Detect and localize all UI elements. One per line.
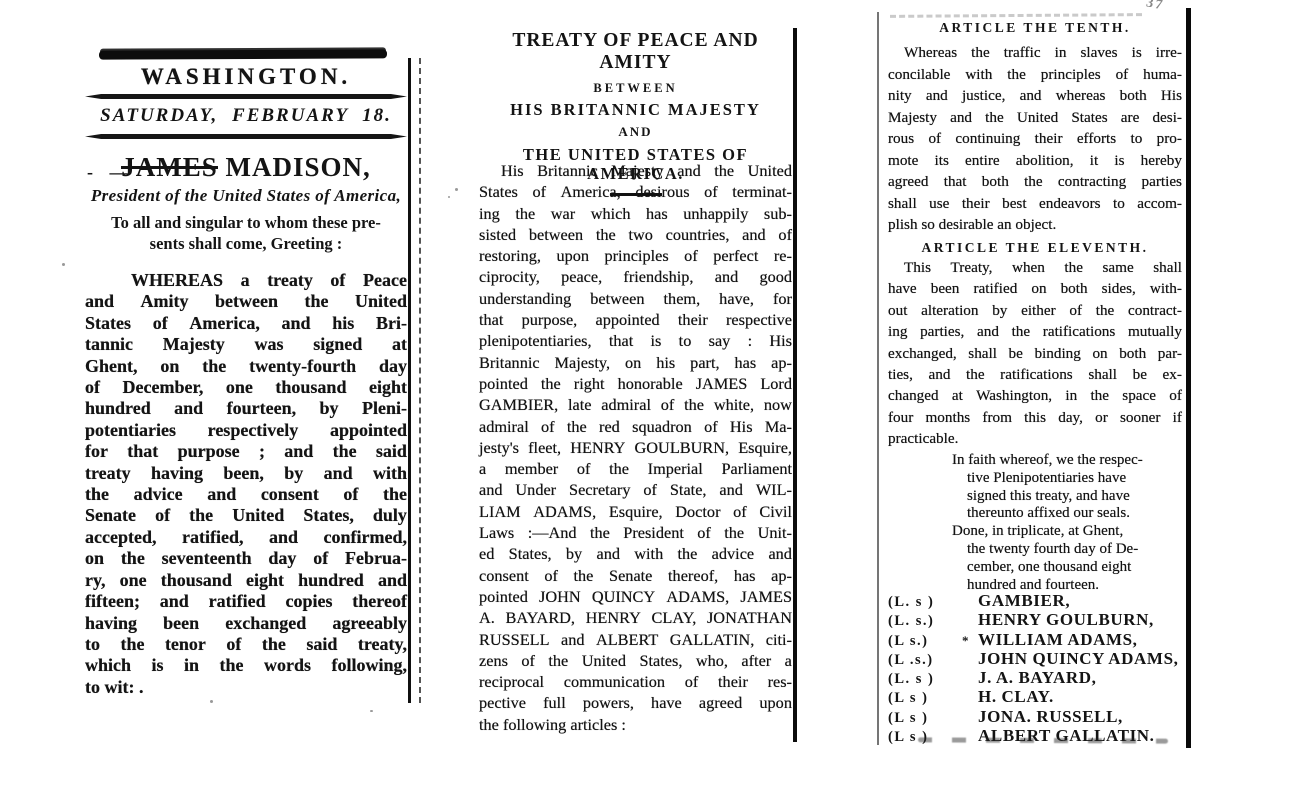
seal-label: (L s.)	[888, 633, 962, 650]
column-articles-signatures: 37 ARTICLE THE TENTH. Whereasthetraffici…	[888, 0, 1182, 762]
faded-rule-fragment	[890, 13, 1142, 18]
text-line: A.BAYARD,HENRYCLAY,JONATHAN	[479, 607, 792, 628]
text-line: StatesofAmerica,desirousofterminat-	[479, 181, 792, 202]
president-title-line: President of the United States of Americ…	[85, 186, 407, 206]
column-rule-1-dashed	[419, 58, 421, 703]
signature-row: (L. s )J. A. BAYARD,	[888, 668, 1182, 687]
signatory-name: GAMBIER,	[978, 591, 1070, 611]
text-line: andAmitybetweentheUnited	[85, 291, 407, 312]
scan-speck	[448, 196, 450, 198]
text-line: tive Plenipotentiaries have	[952, 470, 1184, 488]
treaty-preamble-text: HisBritannicMajestyandtheUnitedStatesofA…	[479, 160, 792, 735]
signature-row: (L. s.)HENRY GOULBURN,	[888, 610, 1182, 629]
proclamation-heading-row: - — JAMES MADISON,	[85, 152, 407, 183]
president-first-name: JAMES	[121, 152, 218, 182]
treaty-title-and: AND	[479, 124, 792, 139]
text-line: consentoftheSenatethereof,hasap-	[479, 565, 792, 586]
text-line: GAMBIER,lateadmiralofthewhite,now	[479, 394, 792, 415]
text-line: the following articles :	[479, 714, 792, 735]
masthead-rule-bar	[99, 49, 387, 59]
text-line: BritannicMajesty,onhispart,hasap-	[479, 352, 792, 373]
text-line: moteitsentireabolition,itishereby	[888, 150, 1182, 172]
text-line: ofDecember,onethousandeight	[85, 377, 407, 398]
ink-mark: - —	[87, 162, 134, 183]
text-line: In faith whereof, we the respec-	[952, 452, 1184, 470]
page-number-fragment: 37	[1145, 0, 1166, 15]
witness-clause-text: In faith whereof, we the respec- tive Pl…	[952, 452, 1184, 594]
salutation-lines: To all and singular to whom these pre-se…	[85, 212, 407, 254]
column-rule-3-right	[1186, 8, 1191, 748]
signature-row: (L s.)*WILLIAM ADAMS,	[888, 630, 1182, 649]
text-line: WHEREASatreatyofPeace	[85, 270, 407, 291]
article-ten-text: Whereasthetrafficinslavesisirre-concilab…	[888, 42, 1182, 236]
text-line: pointedtherighthonorableJAMESLord	[479, 373, 792, 394]
signature-mark: *	[962, 633, 978, 649]
text-line: cember, one thousand eight	[952, 559, 1184, 577]
text-line: To all and singular to whom these pre-	[85, 212, 407, 233]
article-eleven-heading: ARTICLE THE ELEVENTH.	[888, 240, 1182, 256]
text-line: RUSSELLandALBERTGALLATIN,citi-	[479, 629, 792, 650]
signatory-name: J. A. BAYARD,	[978, 668, 1097, 688]
signatory-name: H. CLAY.	[978, 687, 1054, 707]
text-line: fifteen;andratifiedcopiesthereof	[85, 591, 407, 612]
text-line: practicable.	[888, 428, 1182, 449]
proclamation-body-text: WHEREASatreatyofPeaceandAmitybetweentheU…	[85, 270, 407, 698]
text-line: to wit: .	[85, 677, 407, 698]
column-washington: WASHINGTON. SATURDAY, FEBRUARY 18. - — J…	[85, 50, 407, 710]
treaty-title-between: BETWEEN	[479, 81, 792, 95]
text-line: zensoftheUnitedStates,who,aftera	[479, 650, 792, 671]
text-line: accepted,ratified,andconfirmed,	[85, 527, 407, 548]
signatory-name: JOHN QUINCY ADAMS,	[978, 649, 1178, 669]
president-name-heading: JAMES MADISON,	[121, 152, 371, 182]
text-line: whichisinthewordsfollowing,	[85, 655, 407, 676]
newspaper-scan-page: WASHINGTON. SATURDAY, FEBRUARY 18. - — J…	[0, 0, 1300, 801]
seal-label: (L. s.)	[888, 613, 962, 630]
text-line: sents shall come, Greeting :	[85, 233, 407, 254]
text-line: havingbeenexchangedagreeably	[85, 613, 407, 634]
text-line: fourmonthsfromthisday,orsoonerif	[888, 407, 1182, 428]
text-line: ties,andtheratificationsshallbeex-	[888, 364, 1182, 385]
text-line: hundredandfourteen,byPleni-	[85, 398, 407, 419]
text-line: forthatpurpose;andthesaid	[85, 441, 407, 462]
text-line: HisBritannicMajestyandtheUnited	[479, 160, 792, 181]
text-line: Done, in triplicate, at Ghent,	[952, 523, 1184, 541]
text-line: plenipotentiaries,thatistosay:His	[479, 330, 792, 351]
text-line: theadviceandconsentofthe	[85, 484, 407, 505]
text-line: ThisTreaty,whenthesameshall	[888, 257, 1182, 278]
text-line: Whereasthetrafficinslavesisirre-	[888, 42, 1182, 64]
text-line: tannicMajestywassignedat	[85, 334, 407, 355]
text-line: ry,onethousandeighthundredand	[85, 570, 407, 591]
text-line: StatesofAmerica,andhisBri-	[85, 313, 407, 334]
text-line: Ghent,onthetwenty-fourthday	[85, 356, 407, 377]
scan-speck	[455, 188, 458, 191]
text-line: amemberoftheImperialParliament	[479, 458, 792, 479]
text-line: ontheseventeenthdayofFebrua-	[85, 548, 407, 569]
text-line: outalterationbyeitherofthecontract-	[888, 300, 1182, 321]
text-line: jesty'sfleet,HENRYGOULBURN,Esquire,	[479, 437, 792, 458]
text-line: pectivefullpowers,haveagreedupon	[479, 692, 792, 713]
seal-label: (L s )	[888, 690, 962, 707]
treaty-title-majesty: HIS BRITANNIC MAJESTY	[479, 100, 792, 119]
text-line: havebeenratifiedonbothsides,with-	[888, 278, 1182, 299]
treaty-title: TREATY OF PEACE AND AMITY	[479, 30, 792, 74]
text-line: the twenty fourth day of De-	[952, 541, 1184, 559]
signatory-name: JONA. RUSSELL,	[978, 707, 1123, 727]
signature-row: (L s )H. CLAY.	[888, 687, 1182, 706]
text-line: changedatWashington,inthespaceof	[888, 385, 1182, 406]
president-last-name: MADISON,	[218, 152, 371, 182]
text-line: potentiariesrespectivelyappointed	[85, 420, 407, 441]
text-line: edStates,byandwiththeadviceand	[479, 543, 792, 564]
text-line: nityandjustice,andwhereasbothHis	[888, 85, 1182, 107]
text-line: admiraloftheredsquadronofHisMa-	[479, 416, 792, 437]
text-line: LIAMADAMS,Esquire,DoctorofCivil	[479, 501, 792, 522]
tapered-rule	[85, 94, 407, 99]
text-line: ingthewarwhichhasunhappilysub-	[479, 203, 792, 224]
text-line: Laws:—AndthePresidentoftheUnit-	[479, 522, 792, 543]
tapered-rule	[85, 134, 407, 139]
text-line: thatpurpose,appointedtheirrespective	[479, 309, 792, 330]
column-treaty-preamble: TREATY OF PEACE AND AMITY BETWEEN HIS BR…	[479, 30, 792, 750]
article-ten-heading: ARTICLE THE TENTH.	[888, 20, 1182, 36]
column-rule-1-solid	[408, 58, 411, 703]
text-line: sistedbetweenthetwocountries,andof	[479, 224, 792, 245]
signature-row: (L. s )GAMBIER,	[888, 591, 1182, 610]
text-line: rousofcontinuingtheireffortstopro-	[888, 128, 1182, 150]
column-rule-3-left	[877, 12, 879, 745]
scan-speck	[210, 700, 213, 703]
text-line: thereunto affixed our seals.	[952, 505, 1184, 523]
signatory-name: HENRY GOULBURN,	[978, 610, 1154, 630]
text-line: agreedthatboththecontractingparties	[888, 171, 1182, 193]
text-line: signed this treaty, and have	[952, 488, 1184, 506]
text-line: pointedJOHNQUINCYADAMS,JAMES	[479, 586, 792, 607]
text-line: MajestyandtheUnitedStatesaredesi-	[888, 107, 1182, 129]
masthead-title: WASHINGTON.	[85, 64, 407, 90]
article-eleven-text: ThisTreaty,whenthesameshallhavebeenratif…	[888, 257, 1182, 450]
seal-label: (L. s )	[888, 671, 962, 688]
text-line: restoring,uponprinciplesofperfectre-	[479, 245, 792, 266]
column-rule-2	[793, 28, 797, 742]
text-line: shallusetheirbestendeavorstoaccom-	[888, 193, 1182, 215]
signatory-name: WILLIAM ADAMS,	[978, 630, 1138, 650]
text-line: reciprocalcommunicationoftheirres-	[479, 671, 792, 692]
text-line: tothetenorofthesaidtreaty,	[85, 634, 407, 655]
text-line: concilablewiththeprinciplesofhuma-	[888, 64, 1182, 86]
scan-speck	[62, 263, 65, 266]
signature-row: (L .s.)JOHN QUINCY ADAMS,	[888, 649, 1182, 668]
text-line: andUnderSecretaryofState,andWIL-	[479, 479, 792, 500]
text-line: ciprocity,peace,friendship,andgood	[479, 266, 792, 287]
text-line: ingparties,andtheratificationsmutually	[888, 321, 1182, 342]
dateline: SATURDAY, FEBRUARY 18.	[85, 105, 407, 127]
text-line: understandingbetweenthem,have,for	[479, 288, 792, 309]
scan-speck	[370, 710, 373, 712]
seal-label: (L s )	[888, 710, 962, 727]
signature-row: (L s )JONA. RUSSELL,	[888, 707, 1182, 726]
text-line: treatyhavingbeen,byandwith	[85, 463, 407, 484]
signature-list: (L. s )GAMBIER, (L. s.)HENRY GOULBURN, (…	[888, 591, 1182, 745]
seal-label: (L. s )	[888, 594, 962, 611]
text-line: plish so desirable an object.	[888, 214, 1182, 236]
text-line: exchanged,shallbebindingonbothpar-	[888, 343, 1182, 364]
seal-label: (L .s.)	[888, 652, 962, 669]
text-line: SenateoftheUnitedStates,duly	[85, 505, 407, 526]
